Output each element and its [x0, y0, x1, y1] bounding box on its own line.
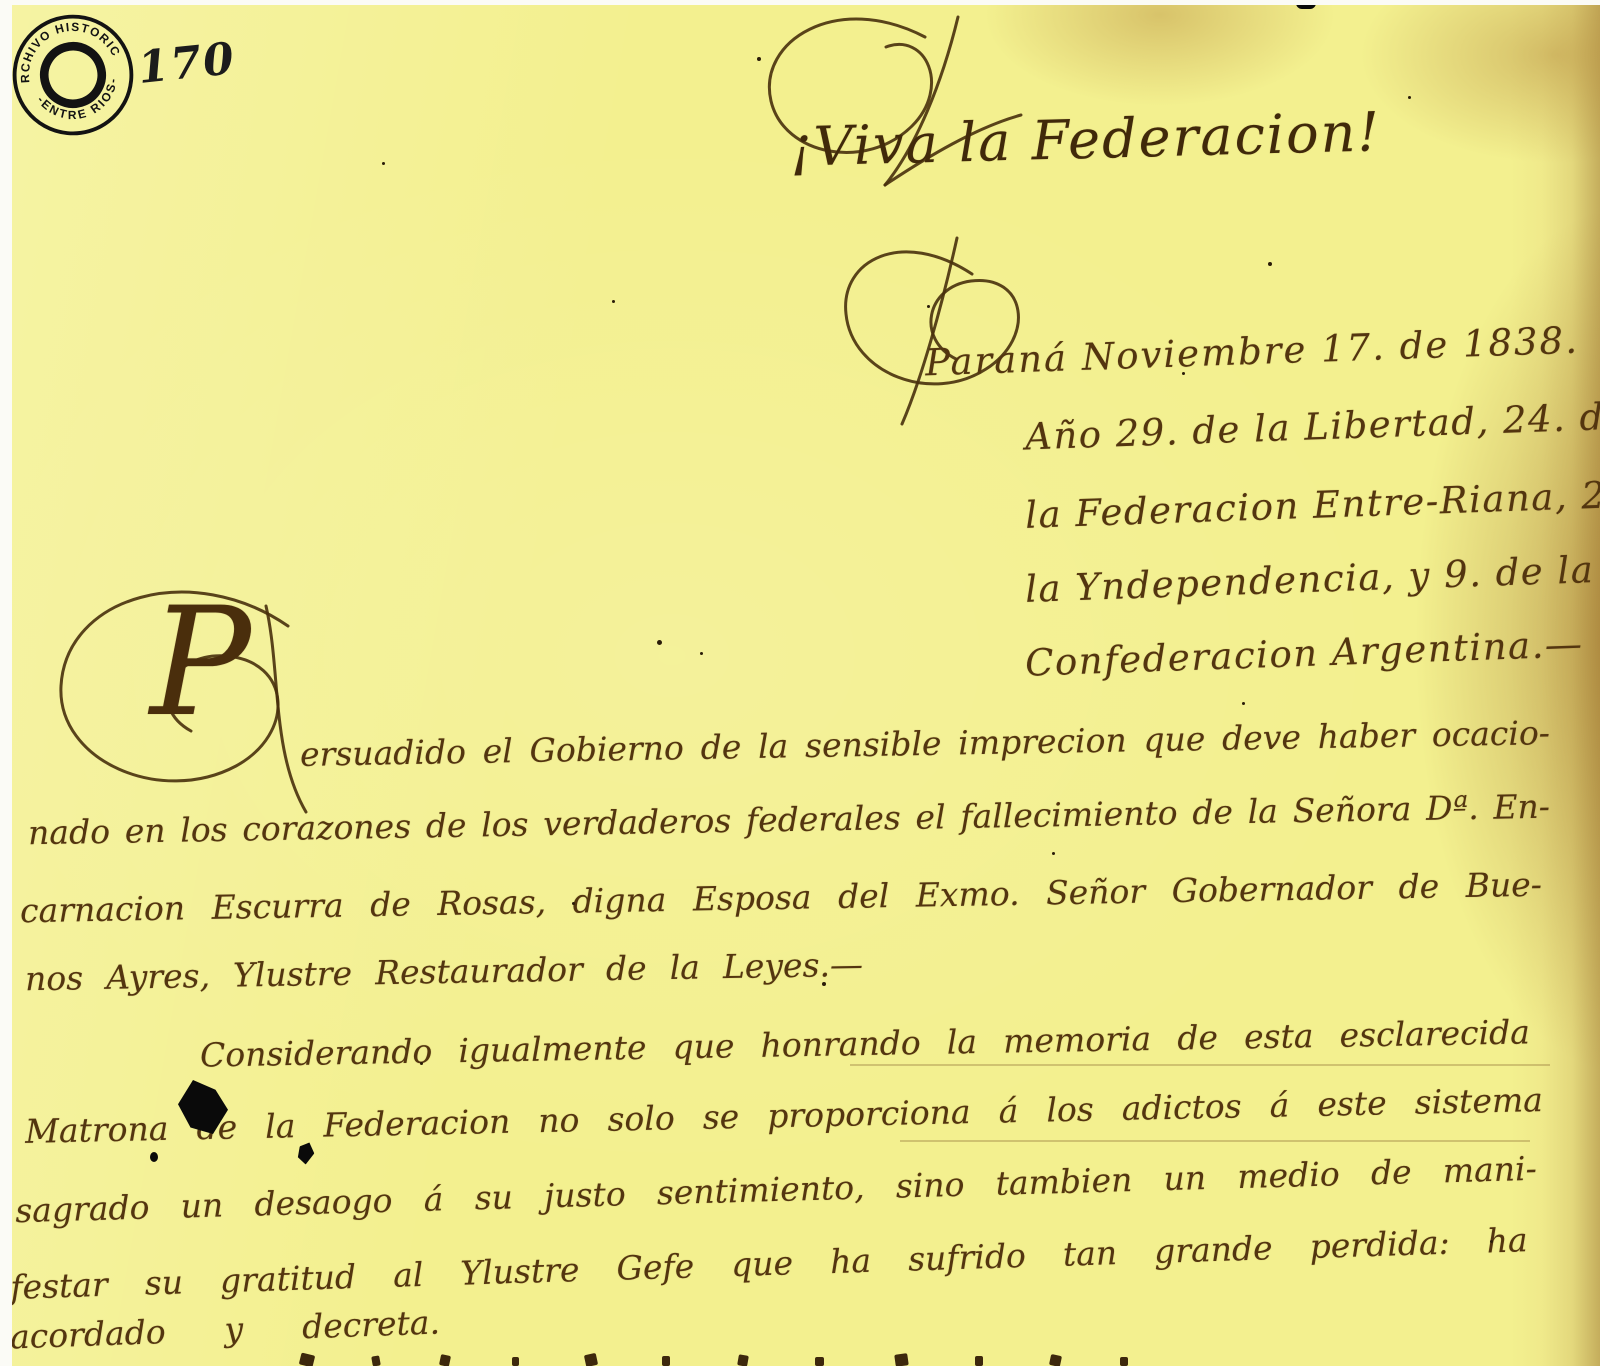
- cropped-line-fragment: [371, 1355, 381, 1366]
- ink-speck: [382, 162, 385, 165]
- dateline-confederation: Confederacion Argentina.—: [1024, 622, 1584, 684]
- dateline-year-liberty: Año 29. de la Libertad, 24. de: [1024, 394, 1600, 458]
- body-line: nado en los corazones de los verdaderos …: [28, 789, 1550, 852]
- dateline-calligraphic-flourish: [820, 218, 1065, 436]
- body-line: carnacion Escurra de Rosas, digna Esposa…: [20, 867, 1542, 930]
- ruling-guide-line: [900, 1140, 1530, 1142]
- ink-speck: [700, 652, 703, 655]
- body-line: acordado y decreta.: [9, 1305, 440, 1356]
- ink-speck: [822, 982, 826, 986]
- body-line: festar su gratitud al Ylustre Gefe que h…: [10, 1222, 1528, 1306]
- cropped-line-fragment: [299, 1352, 315, 1366]
- ink-speck: [1490, 1240, 1493, 1243]
- dateline-independence: la Yndependencia, y 9. de la: [1024, 548, 1595, 611]
- cropped-line-fragment: [512, 1357, 519, 1366]
- ink-speck: [420, 1062, 423, 1065]
- body-line: ersuadido el Gobierno de la sensible imp…: [300, 715, 1550, 773]
- manuscript-page: ARCHIVO HISTORICO -ENTRE RIOS- 170 ¡Viva…: [0, 0, 1600, 1366]
- body-line: nos Ayres, Ylustre Restaurador de la Ley…: [25, 947, 864, 998]
- cropped-line-fragment: [737, 1354, 749, 1366]
- ruling-guide-line: [850, 1064, 1550, 1066]
- ink-speck: [757, 57, 761, 61]
- cropped-line-fragment: [439, 1354, 451, 1366]
- cropped-line-fragment: [662, 1356, 670, 1366]
- dateline-federation: la Federacion Entre-Riana, 23. de: [1024, 470, 1600, 537]
- scan-margin-top: [0, 0, 1600, 5]
- header-slogan: ¡Viva la Federacion!: [789, 100, 1381, 178]
- ink-speck: [1268, 262, 1272, 266]
- scan-margin-left: [0, 0, 12, 1366]
- stamp-graphic: ARCHIVO HISTORICO -ENTRE RIOS-: [0, 0, 156, 158]
- ink-speck: [572, 902, 575, 905]
- ink-speck: [1182, 372, 1185, 375]
- cropped-line-fragment: [584, 1353, 598, 1366]
- ink-speck: [612, 300, 615, 303]
- ink-speck: [927, 305, 930, 308]
- ink-blot-small: [150, 1152, 158, 1162]
- body-line: sagrado un desaogo á su justo sentimient…: [15, 1151, 1537, 1230]
- cropped-line-fragment: [815, 1357, 824, 1366]
- ink-speck: [1052, 852, 1055, 855]
- dateline-place-date: Paraná Noviembre 17. de 1838.: [924, 319, 1579, 385]
- paragraph1-initial: P: [150, 588, 251, 738]
- cropped-line-fragment: [975, 1356, 983, 1366]
- cropped-line-fragment: [1120, 1357, 1128, 1366]
- cropped-line-fragment: [1049, 1354, 1062, 1366]
- ink-speck: [657, 640, 662, 645]
- header-calligraphic-flourish: [715, 5, 1055, 210]
- ink-speck: [1242, 702, 1245, 705]
- folio-number: 170: [136, 33, 239, 94]
- ink-speck: [1408, 96, 1411, 99]
- archive-stamp: ARCHIVO HISTORICO -ENTRE RIOS-: [0, 0, 156, 158]
- cropped-line-fragment: [894, 1353, 909, 1366]
